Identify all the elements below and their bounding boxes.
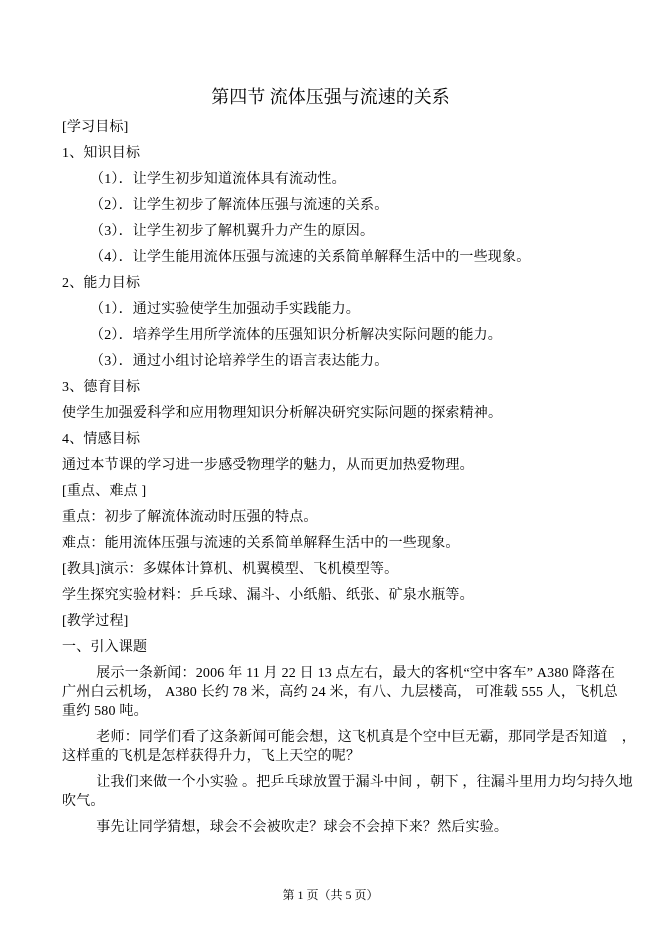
knowledge-goal-1: （1）．让学生初步知道流体具有流动性。 (62, 170, 649, 189)
teaching-aids: [教具]演示：多媒体计算机、机翼模型、飞机模型等。 (62, 560, 649, 579)
heading-moral-goals: 3、德育目标 (62, 378, 649, 397)
teacher-paragraph: 老师：同学们看了这条新闻可能会想，这飞机真是个空中巨无霸，那同学是否知道 ， 这… (62, 728, 649, 766)
experiment-paragraph: 让我们来做一个小实验 。把乒乓球放置于漏斗中间 ，朝下 ，往漏斗里用力均匀持久地… (62, 773, 649, 811)
ability-goal-2: （2）．培养学生用所学流体的压强知识分析解决实际问题的能力。 (62, 326, 649, 345)
ability-goal-3: （3）．通过小组讨论培养学生的语言表达能力。 (62, 352, 649, 371)
difficult-point: 难点：能用流体压强与流速的关系简单解释生活中的一些现象。 (62, 534, 649, 553)
heading-ability-goals: 2、能力目标 (62, 274, 649, 293)
student-materials: 学生探究实验材料：乒乓球、漏斗、小纸船、纸张、矿泉水瓶等。 (62, 586, 649, 605)
document-title: 第四节 流体压强与流速的关系 (62, 87, 599, 107)
section-teaching-process: [教学过程] (62, 612, 649, 631)
moral-goal-text: 使学生加强爱科学和应用物理知识分析解决研究实际问题的探索精神。 (62, 404, 649, 423)
heading-knowledge-goals: 1、知识目标 (62, 144, 649, 163)
news-paragraph: 展示一条新闻：2006 年 11 月 22 日 13 点左右，最大的客机“空中客… (62, 664, 649, 721)
document-body: [学习目标]1、知识目标（1）．让学生初步知道流体具有流动性。（2）．让学生初步… (62, 118, 649, 837)
key-point: 重点：初步了解流体流动时压强的特点。 (62, 508, 649, 527)
section-learning-goals: [学习目标] (62, 118, 649, 137)
knowledge-goal-4: （4）．让学生能用流体压强与流速的关系简单解释生活中的一些现象。 (62, 248, 649, 267)
knowledge-goal-2: （2）．让学生初步了解流体压强与流速的关系。 (62, 196, 649, 215)
knowledge-goal-3: （3）．让学生初步了解机翼升力产生的原因。 (62, 222, 649, 241)
emotion-goal-text: 通过本节课的学习进一步感受物理学的魅力，从而更加热爱物理。 (62, 456, 649, 475)
section-key-difficult: [重点、难点 ] (62, 482, 649, 501)
guess-paragraph: 事先让同学猜想，球会不会被吹走？球会不会掉下来？然后实验。 (62, 818, 649, 837)
document-page: 第四节 流体压强与流速的关系 [学习目标]1、知识目标（1）．让学生初步知道流体… (0, 0, 661, 935)
page-number-footer: 第 1 页（共 5 页） (0, 888, 661, 902)
heading-emotion-goals: 4、情感目标 (62, 430, 649, 449)
heading-introduction: 一、引入课题 (62, 638, 649, 657)
ability-goal-1: （1）．通过实验使学生加强动手实践能力。 (62, 300, 649, 319)
